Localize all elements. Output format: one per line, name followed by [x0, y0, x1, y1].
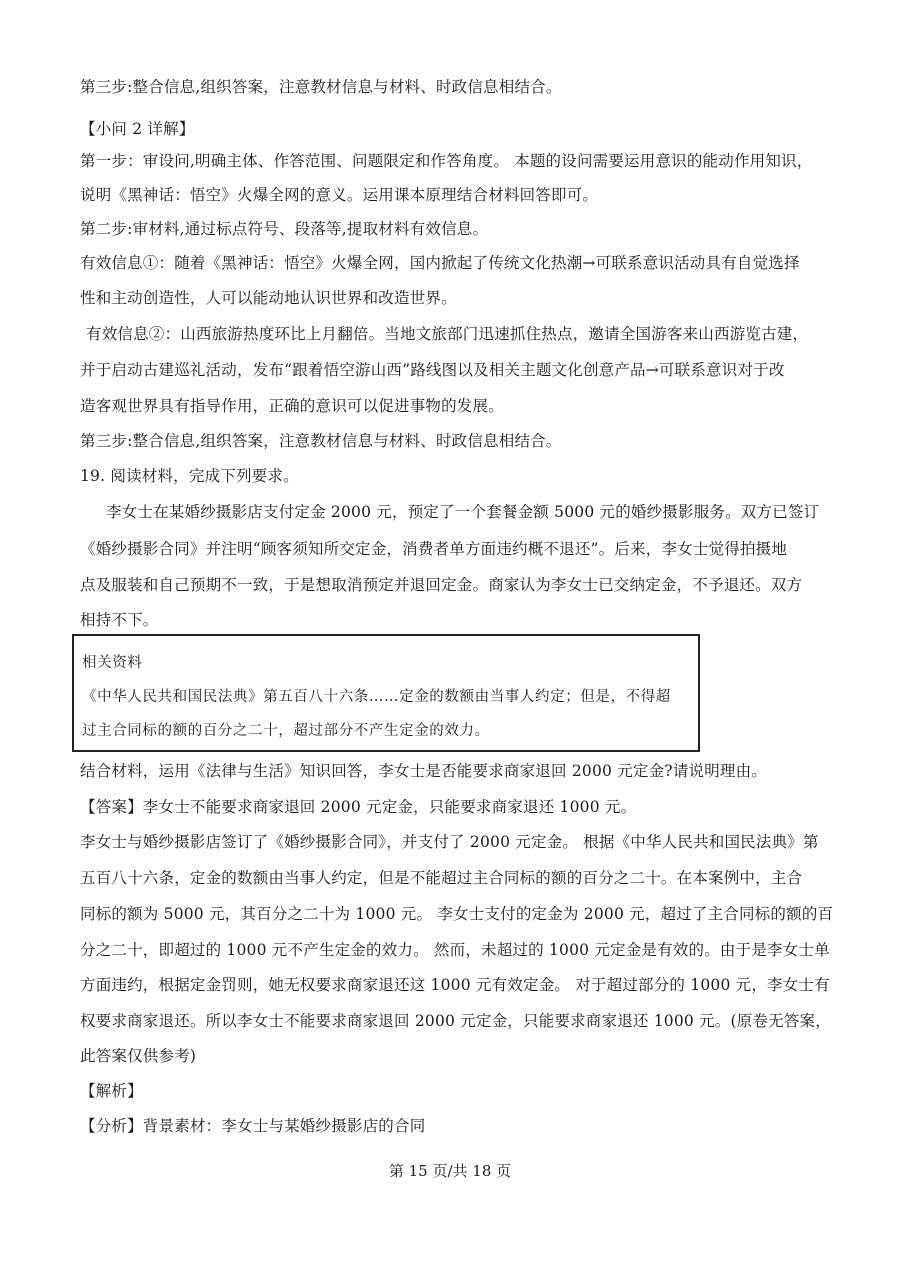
question-19-heading: 19. 阅读材料，完成下列要求。 — [80, 465, 299, 487]
material-line: 相持不下。 — [80, 609, 159, 631]
analysis-heading: 【解析】 — [80, 1080, 143, 1102]
material-line: 点及服装和自己预期不一致，于是想取消预定并退回定金。商家认为李女士已交纳定金，不… — [80, 574, 802, 596]
info1-line1: 有效信息①：随着《黑神话：悟空》火爆全网，国内掀起了传统文化热潮→可联系意识活动… — [80, 252, 800, 274]
answer-text: 【答案】李女士不能要求商家退回 2000 元定金，只能要求商家退还 1000 元… — [80, 796, 636, 818]
explanation-line: 李女士与婚纱摄影店签订了《婚纱摄影合同》，并支付了 2000 元定金。 根据《中… — [80, 831, 819, 853]
material-line: 《婚纱摄影合同》并注明“顾客须知所交定金，消费者单方面违约概不退还”。后来，李女… — [80, 538, 787, 560]
explanation-line: 方面违约，根据定金罚则，她无权要求商家退还这 1000 元有效定金。 对于超过部… — [80, 974, 830, 996]
material-line: 李女士在某婚纱摄影店支付定金 2000 元，预定了一个套餐金额 5000 元的婚… — [106, 501, 819, 523]
step2-text: 第二步:审材料,通过标点符号、段落等,提取材料有效信息。 — [80, 218, 488, 240]
page-indicator: 第 15 页/共 18 页 — [0, 1160, 900, 1181]
explanation-line: 此答案仅供参考) — [80, 1045, 196, 1067]
analysis-text: 【分析】背景素材：李女士与某婚纱摄影店的合同 — [80, 1115, 425, 1137]
reference-line2: 过主合同标的额的百分之二十，超过部分不产生定金的效力。 — [82, 720, 490, 742]
explanation-line: 五百八十六条，定金的数额由当事人约定，但是不能超过主合同标的额的百分之二十。在本… — [80, 867, 802, 889]
step1-line2: 说明《黑神话：悟空》火爆全网的意义。运用课本原理结合材料回答即可。 — [80, 184, 598, 206]
info2-line3: 造客观世界具有指导作用，正确的意识可以促进事物的发展。 — [80, 395, 504, 417]
question-prompt: 结合材料，运用《法律与生活》知识回答，李女士是否能要求商家退回 2000 元定金… — [80, 760, 767, 782]
subquestion-2-heading: 【小问 2 详解】 — [80, 118, 195, 140]
explanation-line: 同标的额为 5000 元，其百分之二十为 1000 元。 李女士支付的定金为 2… — [80, 903, 833, 925]
step1-line1: 第一步：审设问,明确主体、作答范围、问题限定和作答角度。 本题的设问需要运用意识… — [80, 150, 812, 172]
step3-text: 第三步:整合信息,组织答案，注意教材信息与材料、时政信息相结合。 — [80, 76, 562, 98]
step3-text-b: 第三步:整合信息,组织答案，注意教材信息与材料、时政信息相结合。 — [80, 430, 562, 452]
info1-line2: 性和主动创造性，人可以能动地认识世界和改造世界。 — [80, 287, 457, 309]
explanation-line: 分之二十，即超过的 1000 元不产生定金的效力。 然而，未超过的 1000 元… — [80, 939, 830, 961]
info2-line1: 有效信息②：山西旅游热度环比上月翻倍。当地文旅部门迅速抓住热点，邀请全国游客来山… — [86, 323, 808, 345]
explanation-line: 权要求商家退还。所以李女士不能要求商家退回 2000 元定金，只能要求商家退还 … — [80, 1010, 831, 1032]
info2-line2: 并于启动古建巡礼活动，发布“跟着悟空游山西”路线图以及相关主题文化创意产品→可联… — [80, 359, 785, 381]
reference-line1: 《中华人民共和国民法典》第五百八十六条……定金的数额由当事人约定；但是，不得超 — [82, 686, 671, 708]
reference-title: 相关资料 — [82, 652, 142, 674]
reference-box: 相关资料 《中华人民共和国民法典》第五百八十六条……定金的数额由当事人约定；但是… — [72, 634, 700, 752]
document-page: 第三步:整合信息,组织答案，注意教材信息与材料、时政信息相结合。 【小问 2 详… — [0, 0, 900, 1273]
